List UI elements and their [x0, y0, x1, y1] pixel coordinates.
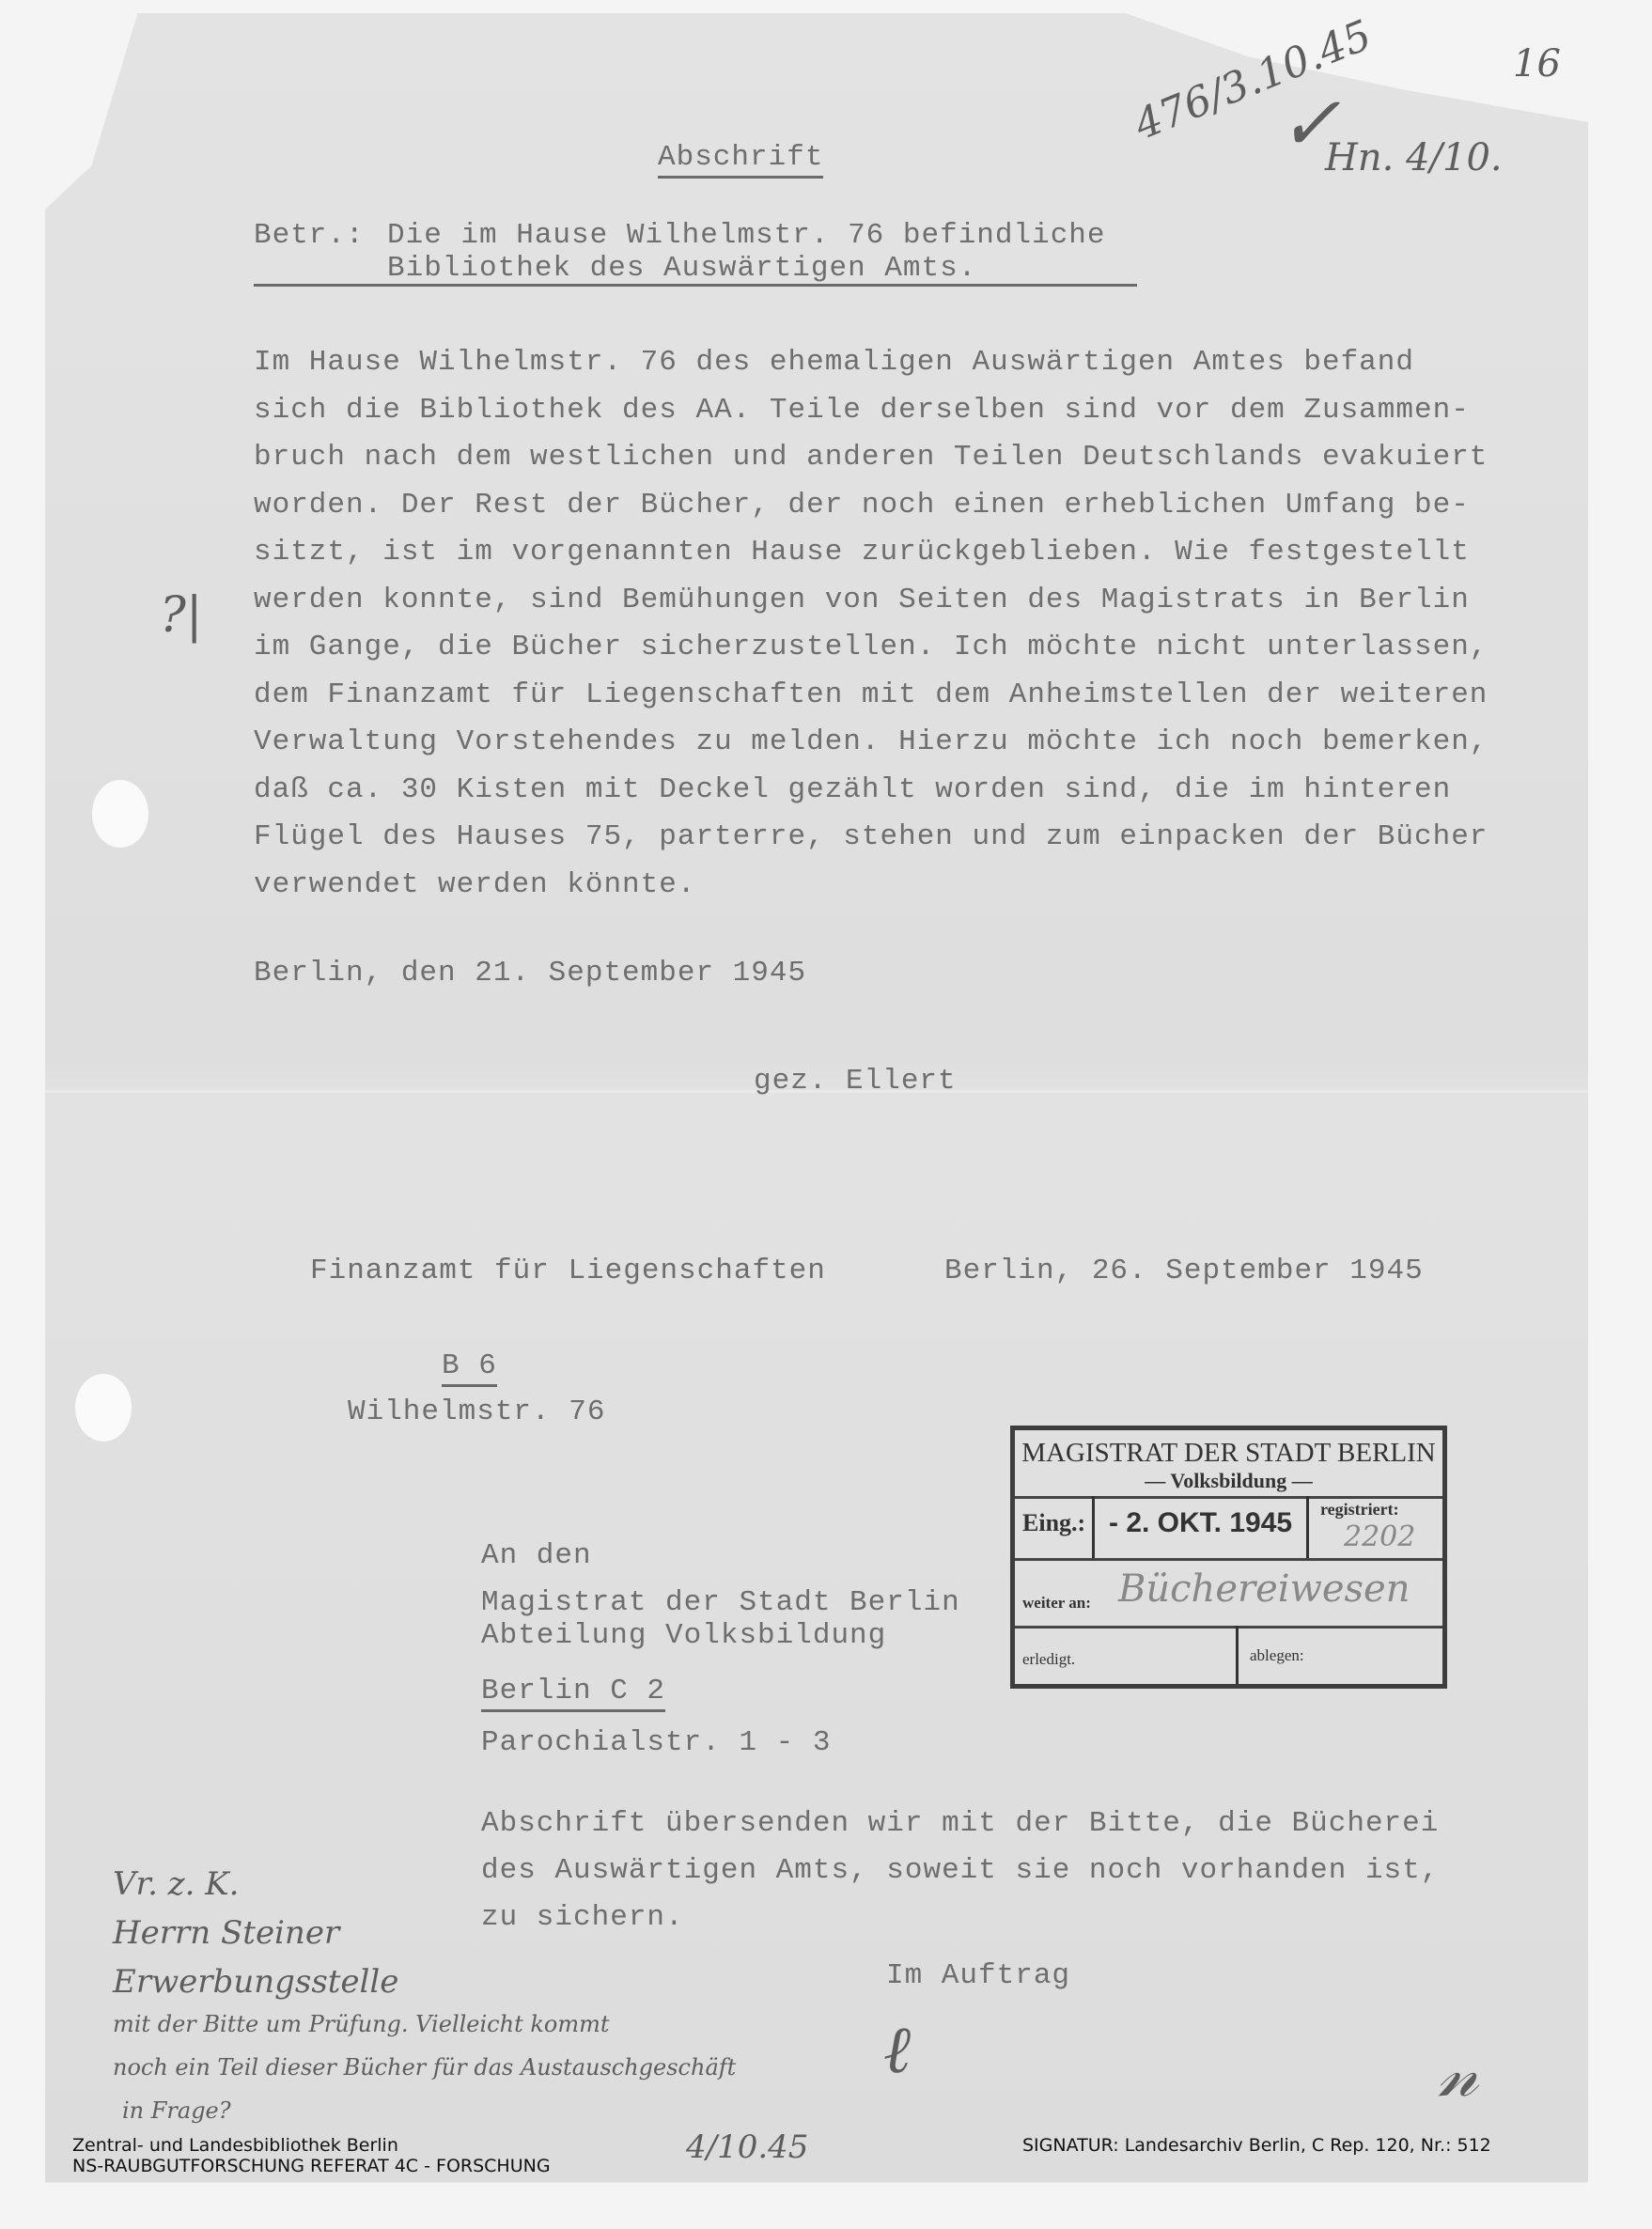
signature: gez. Ellert — [754, 1065, 957, 1098]
stamp-ablegen-label: ablegen: — [1250, 1646, 1304, 1665]
document-heading: Abschrift — [658, 141, 823, 179]
text-line: dem Finanzamt für Liegenschaften mit dem… — [254, 678, 1488, 711]
im-auftrag: Im Auftrag — [886, 1959, 1070, 1992]
text-line: sich die Bibliothek des AA. Teile dersel… — [254, 394, 1470, 427]
receipt-stamp: MAGISTRAT DER STADT BERLIN — Volksbildun… — [1010, 1426, 1447, 1689]
text-line: Flügel des Hauses 75, parterre, stehen u… — [254, 820, 1488, 853]
stamp-bottom-row: erledigt. ablegen: — [1015, 1626, 1442, 1684]
text-line: sitzt, ist im vorgenannten Hause zurückg… — [254, 536, 1470, 569]
reference-code: B 6 — [442, 1349, 497, 1387]
stamp-eing-label: Eing.: — [1022, 1509, 1085, 1537]
subject-underline — [254, 284, 1137, 287]
text-line: noch ein Teil dieser Bücher für das Aust… — [113, 2054, 736, 2081]
stamp-registriert-label: registriert: — [1320, 1500, 1399, 1520]
stamp-eing-date: - 2. OKT. 1945 — [1109, 1507, 1292, 1539]
stamp-title: MAGISTRAT DER STADT BERLIN — [1015, 1438, 1442, 1469]
text-line: im Gange, die Bücher sicherzustellen. Ic… — [254, 631, 1488, 663]
handwritten-note-date: 4/10.45 — [686, 2128, 808, 2166]
stamp-subtitle: — Volksbildung — — [1015, 1469, 1442, 1493]
stamp-header: MAGISTRAT DER STADT BERLIN — Volksbildun… — [1015, 1430, 1442, 1499]
subject-line: Bibliothek des Auswärtigen Amts. — [387, 252, 976, 285]
text-line: des Auswärtigen Amts, soweit sie noch vo… — [481, 1854, 1439, 1887]
text-line: Herrn Steiner — [113, 1914, 339, 1952]
sender: Finanzamt für Liegenschaften — [310, 1255, 826, 1287]
footer-department: NS-RAUBGUTFORSCHUNG REFERAT 4C - FORSCHU… — [72, 2156, 551, 2176]
text-line: zu sichern. — [481, 1901, 684, 1934]
sender-date: Berlin, 26. September 1945 — [944, 1255, 1424, 1287]
handwritten-signature: ℓ — [883, 2011, 911, 2089]
stamp-registriert-value: 2202 — [1344, 1520, 1415, 1553]
stamp-forward-row: weiter an: Büchereiwesen — [1015, 1558, 1442, 1629]
recipient-line: Abteilung Volksbildung — [481, 1619, 886, 1652]
text-line: bruch nach dem westlichen und anderen Te… — [254, 441, 1488, 474]
margin-mark: ?| — [160, 587, 202, 644]
footer-library: Zentral- und Landesbibliothek Berlin — [72, 2135, 398, 2156]
recipient-line: Magistrat der Stadt Berlin — [481, 1586, 960, 1619]
stamp-entry-row: Eing.: - 2. OKT. 1945 registriert: 2202 — [1015, 1496, 1442, 1561]
text-line: Vr. z. K. — [113, 1865, 239, 1903]
stamp-weiter-value: Büchereiwesen — [1118, 1567, 1410, 1611]
reference-address: Wilhelmstr. 76 — [348, 1395, 605, 1428]
text-line: verwendet werden könnte. — [254, 868, 695, 901]
subject-line: Die im Hause Wilhelmstr. 76 befindliche — [387, 219, 1106, 252]
text-line: daß ca. 30 Kisten mit Deckel gezählt wor… — [254, 773, 1451, 806]
date-line: Berlin, den 21. September 1945 — [254, 957, 806, 990]
text-line: worden. Der Rest der Bücher, der noch ei… — [254, 489, 1470, 522]
stamp-erledigt-label: erledigt. — [1022, 1650, 1075, 1669]
punch-hole — [92, 780, 148, 848]
recipient-line: An den — [481, 1539, 592, 1572]
text-line: mit der Bitte um Prüfung. Vielleicht kom… — [113, 2011, 610, 2037]
subject-label: Betr.: — [254, 219, 365, 252]
punch-hole — [75, 1374, 132, 1442]
footer-signature: SIGNATUR: Landesarchiv Berlin, C Rep. 12… — [1022, 2135, 1491, 2156]
stamp-weiter-label: weiter an: — [1022, 1594, 1091, 1613]
text-line: in Frage? — [122, 2097, 231, 2124]
recipient-street: Parochialstr. 1 - 3 — [481, 1726, 831, 1759]
text-line: werden konnte, sind Bemühungen von Seite… — [254, 584, 1470, 616]
text-line: Abschrift übersenden wir mit der Bitte, … — [481, 1807, 1439, 1840]
handwritten-initials: Hn. 4/10. — [1325, 136, 1503, 179]
handwritten-paraph: 𝓃 — [1438, 2034, 1478, 2112]
text-line: Verwaltung Vorstehendes zu melden. Hierz… — [254, 725, 1488, 758]
recipient-city: Berlin C 2 — [481, 1675, 665, 1712]
text-line: Im Hause Wilhelmstr. 76 des ehemaligen A… — [254, 346, 1414, 379]
page-number: 16 — [1513, 42, 1561, 86]
text-line: Erwerbungsstelle — [113, 1963, 398, 2001]
